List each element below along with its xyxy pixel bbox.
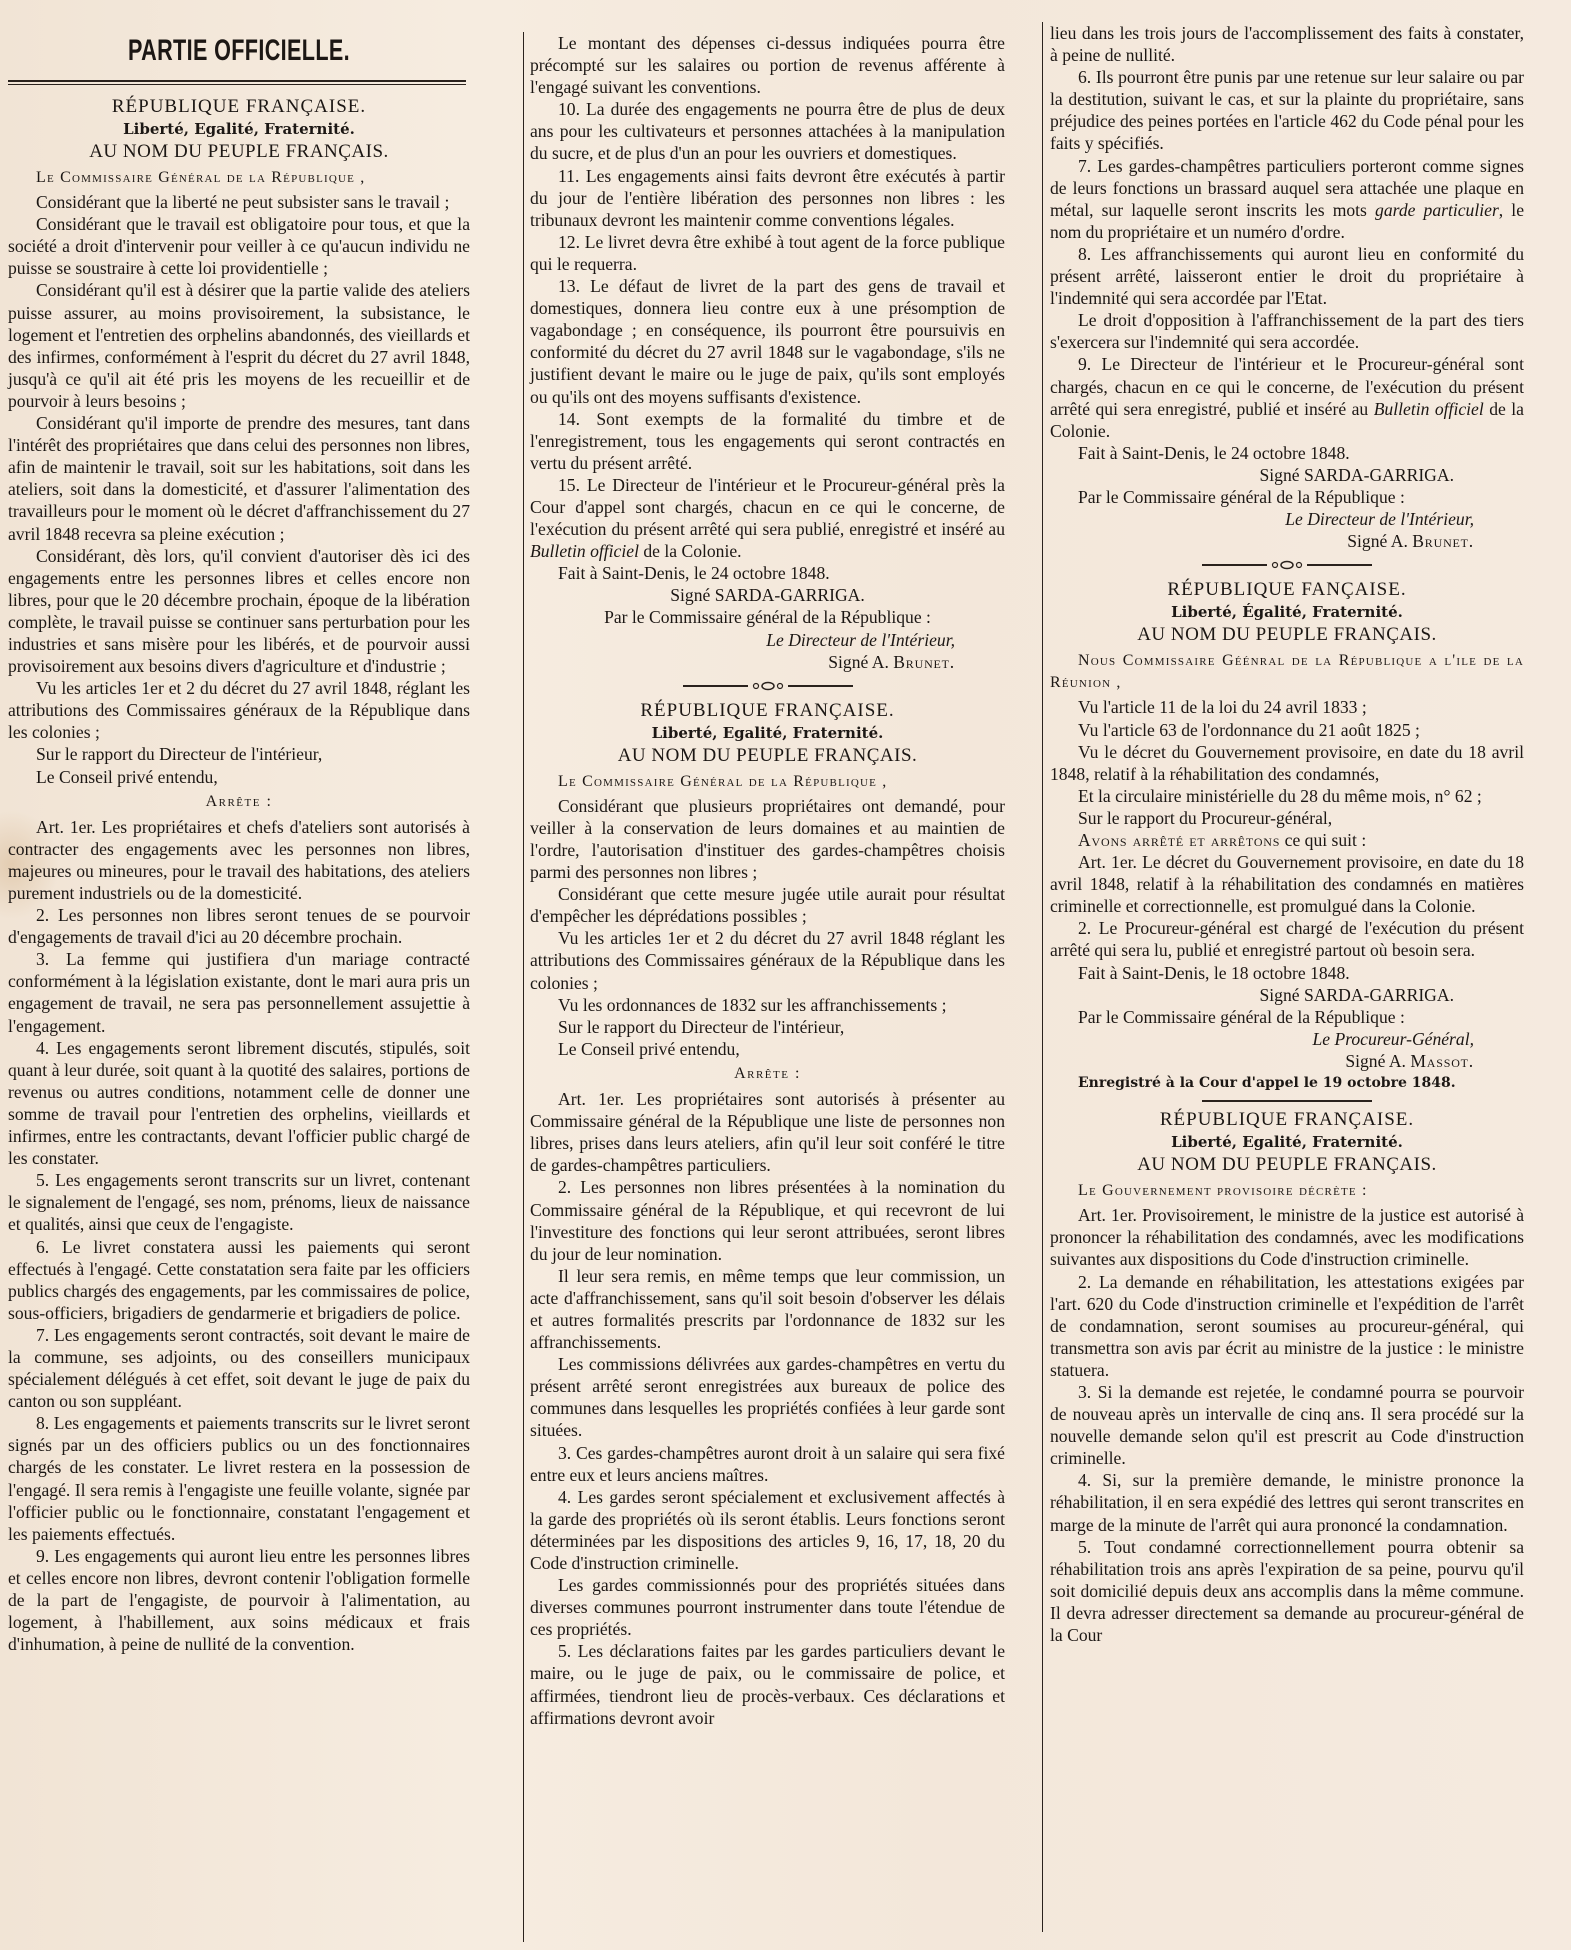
signature: Signé SARDA-GARRIGA.: [530, 584, 1005, 606]
signature: Signé SARDA-GARRIGA.: [1050, 984, 1524, 1006]
article: 10. La durée des engagements ne pourra ê…: [530, 98, 1005, 164]
gouvernement-heading: Le Gouvernement provisoire décrète :: [1050, 1180, 1524, 1202]
paragraph: Vu l'article 11 de la loi du 24 avril 18…: [1050, 696, 1524, 718]
paragraph: Considérant, dès lors, qu'il convient d'…: [8, 545, 470, 678]
motto: Liberté, Egalité, Fraternité.: [530, 723, 1005, 743]
article: Les commissions délivrées aux gardes-cha…: [530, 1353, 1005, 1441]
article: 2. Les personnes non libres présentées à…: [530, 1176, 1005, 1264]
newspaper-page: PARTIE OFFICIELLE. RÉPUBLIQUE FRANÇAISE.…: [0, 0, 1571, 1950]
heading-au-nom: AU NOM DU PEUPLE FRANÇAIS.: [1050, 1152, 1524, 1178]
article: Le montant des dépenses ci-dessus indiqu…: [530, 32, 1005, 98]
avons-arrete-line: Avons arrêté et arrêtons ce qui suit :: [1050, 829, 1524, 851]
article: Les gardes commissionnés pour des propri…: [530, 1574, 1005, 1640]
column-1: PARTIE OFFICIELLE. RÉPUBLIQUE FRANÇAISE.…: [8, 0, 470, 1950]
paragraph: Vu les ordonnances de 1832 sur les affra…: [530, 994, 1005, 1016]
column-2: Le montant des dépenses ci-dessus indiqu…: [530, 0, 1005, 1950]
article: 14. Sont exempts de la formalité du timb…: [530, 408, 1005, 474]
official-title: Le Procureur-Général,: [1050, 1028, 1524, 1050]
heading-republique: RÉPUBLIQUE FRANÇAISE.: [1050, 1108, 1524, 1132]
article: Art. 1er. Le décret du Gouvernement prov…: [1050, 851, 1524, 917]
heading-republique: RÉPUBLIQUE FRANÇAISE.: [530, 699, 1005, 723]
article: 15. Le Directeur de l'intérieur et le Pr…: [530, 474, 1005, 562]
nous-commissaire-heading: Nous Commissaire Géénral de la Républiqu…: [1050, 650, 1524, 694]
article: Le droit d'opposition à l'affranchisseme…: [1050, 309, 1524, 353]
official-title: Le Directeur de l'Intérieur,: [530, 629, 1005, 651]
paragraph: Considérant que la liberté ne peut subsi…: [8, 191, 470, 213]
countersign-line: Par le Commissaire général de la Républi…: [1050, 1006, 1524, 1028]
commissaire-heading: Le Commissaire Général de la République …: [530, 771, 1005, 793]
paragraph: Vu l'article 63 de l'ordonnance du 21 ao…: [1050, 719, 1524, 741]
article: 13. Le défaut de livret de la part des g…: [530, 275, 1005, 408]
arrete-heading: Arrête :: [8, 791, 470, 813]
countersign-line: Par le Commissaire général de la Républi…: [1050, 486, 1524, 508]
date-line: Fait à Saint-Denis, le 24 octobre 1848.: [530, 562, 1005, 584]
garde-particulier: garde particulier: [1375, 200, 1499, 220]
date-line: Fait à Saint-Denis, le 24 octobre 1848.: [1050, 442, 1524, 464]
article-text: 15. Le Directeur de l'intérieur et le Pr…: [530, 475, 1005, 539]
date-line: Fait à Saint-Denis, le 18 octobre 1848.: [1050, 962, 1524, 984]
divider-line: [1202, 1100, 1372, 1102]
article: 4. Les engagements seront librement disc…: [8, 1037, 470, 1170]
heading-au-nom: AU NOM DU PEUPLE FRANÇAIS.: [8, 139, 470, 165]
heading-republique: RÉPUBLIQUE FANÇAISE.: [1050, 578, 1524, 602]
article: Art. 1er. Provisoirement, le ministre de…: [1050, 1204, 1524, 1270]
column-3: lieu dans les trois jours de l'accomplis…: [1050, 0, 1524, 1950]
article: 8. Les affranchissements qui auront lieu…: [1050, 243, 1524, 309]
article: 7. Les engagements seront contractés, so…: [8, 1324, 470, 1412]
paragraph: Et la circulaire ministérielle du 28 du …: [1050, 785, 1524, 807]
article: Il leur sera remis, en même temps que le…: [530, 1265, 1005, 1353]
article-text: de la Colonie.: [639, 541, 742, 561]
article: 4. Les gardes seront spécialement et exc…: [530, 1486, 1005, 1574]
paragraph: Considérant que cette mesure jugée utile…: [530, 883, 1005, 927]
signature: Signé SARDA-GARRIGA.: [1050, 464, 1524, 486]
article: 9. Les engagements qui auront lieu entre…: [8, 1545, 470, 1655]
bulletin-officiel: Bulletin officiel: [1374, 399, 1484, 419]
paragraph: Vu le décret du Gouvernement provisoire,…: [1050, 741, 1524, 785]
paragraph: Considérant que le travail est obligatoi…: [8, 213, 470, 279]
paragraph: Considérant qu'il importe de prendre des…: [8, 412, 470, 545]
registration-note: Enregistré à la Cour d'appel le 19 octob…: [1050, 1072, 1524, 1094]
article-continued: lieu dans les trois jours de l'accomplis…: [1050, 22, 1524, 66]
paragraph: Vu les articles 1er et 2 du décret du 27…: [530, 927, 1005, 993]
article: 5. Les déclarations faites par les garde…: [530, 1640, 1005, 1728]
paragraph: Vu les articles 1er et 2 du décret du 27…: [8, 677, 470, 743]
double-rule-divider: [8, 80, 466, 85]
article: 11. Les engagements ainsi faits devront …: [530, 165, 1005, 231]
paragraph: Sur le rapport du Procureur-général,: [1050, 807, 1524, 829]
article: 3. Ces gardes-champêtres auront droit à …: [530, 1442, 1005, 1486]
commissaire-heading: Le Commissaire Général de la République …: [8, 167, 470, 189]
motto: Liberté, Égalité, Fraternité.: [1050, 602, 1524, 622]
signature: Signé A. Brunet.: [1050, 530, 1524, 552]
paragraph: Le Conseil privé entendu,: [8, 766, 470, 788]
article: 4. Si, sur la première demande, le minis…: [1050, 1469, 1524, 1535]
paragraph: Considérant qu'il est à désirer que la p…: [8, 279, 470, 412]
paragraph: Sur le rapport du Directeur de l'intérie…: [530, 1016, 1005, 1038]
column-rule: [1042, 22, 1043, 1932]
signature: Signé A. Massot.: [1050, 1050, 1524, 1072]
article: 3. La femme qui justifiera d'un mariage …: [8, 948, 470, 1036]
paragraph: Sur le rapport du Directeur de l'intérie…: [8, 743, 470, 765]
motto: Liberté, Egalité, Fraternité.: [1050, 1132, 1524, 1152]
bulletin-officiel: Bulletin officiel: [530, 541, 639, 561]
ornamental-divider-icon: [668, 681, 868, 691]
section-title: PARTIE OFFICIELLE.: [73, 32, 406, 70]
article: 12. Le livret devra être exhibé à tout a…: [530, 231, 1005, 275]
article: 2. La demande en réhabilitation, les att…: [1050, 1271, 1524, 1381]
motto: Liberté, Egalité, Fraternité.: [8, 119, 470, 139]
article: 7. Les gardes-champêtres particuliers po…: [1050, 155, 1524, 243]
article: 5. Les engagements seront transcrits sur…: [8, 1169, 470, 1235]
article: 6. Le livret constatera aussi les paieme…: [8, 1236, 470, 1324]
article: Art. 1er. Les propriétaires sont autoris…: [530, 1088, 1005, 1176]
official-title: Le Directeur de l'Intérieur,: [1050, 508, 1524, 530]
heading-au-nom: AU NOM DU PEUPLE FRANÇAIS.: [1050, 622, 1524, 648]
ornamental-divider-icon: [1187, 560, 1387, 570]
article: Art. 1er. Les propriétaires et chefs d'a…: [8, 816, 470, 904]
article: 2. Le Procureur-général est chargé de l'…: [1050, 917, 1524, 961]
countersign-line: Par le Commissaire général de la Républi…: [530, 606, 1005, 628]
heading-au-nom: AU NOM DU PEUPLE FRANÇAIS.: [530, 743, 1005, 769]
arrete-heading: Arrête :: [530, 1063, 1005, 1085]
heading-republique: RÉPUBLIQUE FRANÇAISE.: [8, 95, 470, 119]
column-rule: [523, 32, 524, 1942]
article: 5. Tout condamné correctionnellement pou…: [1050, 1536, 1524, 1646]
article: 9. Le Directeur de l'intérieur et le Pro…: [1050, 353, 1524, 441]
paragraph: Considérant que plusieurs propriétaires …: [530, 795, 1005, 883]
article: 2. Les personnes non libres seront tenue…: [8, 904, 470, 948]
paragraph: Le Conseil privé entendu,: [530, 1038, 1005, 1060]
article: 6. Ils pourront être punis par une reten…: [1050, 66, 1524, 154]
signature: Signé A. Brunet.: [530, 651, 1005, 673]
article: 8. Les engagements et paiements transcri…: [8, 1412, 470, 1545]
article: 3. Si la demande est rejetée, le condamn…: [1050, 1381, 1524, 1469]
